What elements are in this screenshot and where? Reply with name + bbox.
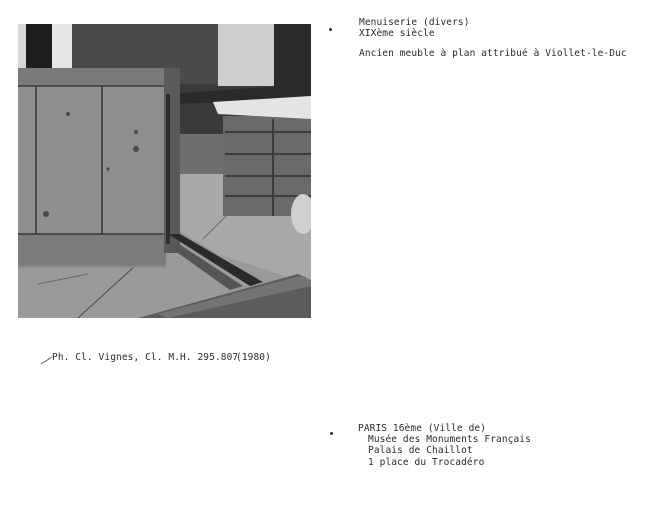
location-address: 1 place du Trocadéro (368, 457, 484, 468)
period-text: XIXème siècle (359, 28, 435, 39)
location-building: Palais de Chaillot (368, 445, 473, 456)
photo-illustration (18, 24, 311, 318)
category-text: Menuiserie (divers) (359, 17, 470, 28)
object-title: Ancien meuble à plan attribué à Viollet-… (359, 48, 627, 59)
bullet-location (330, 432, 333, 435)
bullet-header (329, 28, 332, 31)
photograph (18, 24, 311, 318)
location-city: PARIS 16ème (Ville de) (358, 423, 486, 434)
photo-credit: Ph. Cl. Vignes, Cl. M.H. 295.807 (52, 352, 238, 363)
photo-year: (1980) (236, 352, 271, 363)
location-museum: Musée des Monuments Français (368, 434, 531, 445)
